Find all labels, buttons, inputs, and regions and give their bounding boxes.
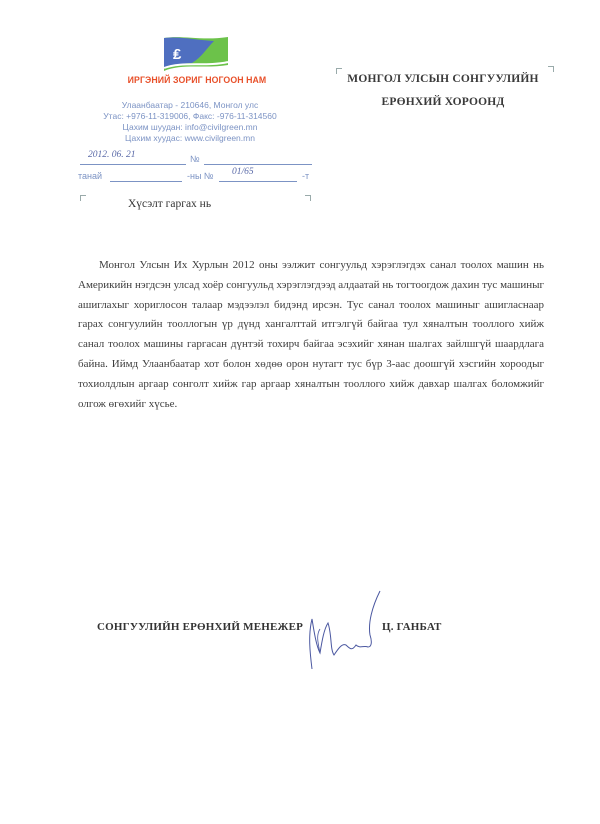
number-line (204, 154, 312, 165)
recipient-line-2: ЕРӨНХИЙ ХОРООНД (332, 91, 554, 114)
contact-info: Улаанбаатар - 210646, Монгол улс Утас: +… (90, 100, 290, 144)
subject-line: Хүсэлт гаргах нь (128, 198, 211, 210)
number-label: № (190, 154, 200, 164)
ny-number-label: -ны № (187, 171, 214, 181)
signatory-name: Ц. ГАНБАТ (382, 621, 442, 633)
contact-email: Цахим шуудан: info@civilgreen.mn (90, 122, 290, 133)
recipient-block: МОНГОЛ УЛСЫН СОНГУУЛИЙН ЕРӨНХИЙ ХОРООНД (332, 68, 554, 114)
recipient-line-1: МОНГОЛ УЛСЫН СОНГУУЛИЙН (332, 68, 554, 91)
contact-phone-fax: Утас: +976-11-319006, Факс: -976-11-3145… (90, 111, 290, 122)
date-value: 2012. 06. 21 (88, 150, 136, 160)
t-suffix: -т (302, 171, 309, 181)
signatory-title: СОНГУУЛИЙН ЕРӨНХИЙ МЕНЕЖЕР (97, 621, 303, 633)
letter-body: Монгол Улсын Их Хурлын 2012 оны ээлжит с… (78, 256, 544, 414)
handwritten-signature-icon (298, 583, 388, 673)
your-label: танай (78, 171, 102, 181)
party-name: ИРГЭНИЙ ЗОРИГ НОГООН НАМ (119, 75, 275, 86)
contact-address: Улаанбаатар - 210646, Монгол улс (90, 100, 290, 111)
contact-website: Цахим хуудас: www.civilgreen.mn (90, 133, 290, 144)
corner-mark (305, 195, 311, 201)
your-line (110, 171, 182, 182)
ny-number-line (219, 171, 297, 182)
party-flag-logo-icon: ₤ (162, 35, 230, 73)
svg-text:₤: ₤ (173, 46, 182, 63)
corner-mark (80, 195, 86, 201)
ny-number-value: 01/65 (232, 167, 254, 177)
